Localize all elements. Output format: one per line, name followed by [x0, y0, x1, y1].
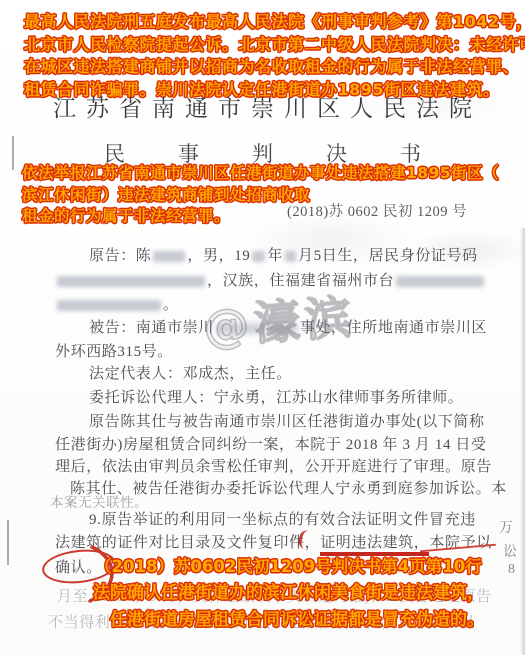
redaction-blur	[252, 251, 265, 262]
annotation-banner-bottom: 任港街道房屋租赁合同诉讼证据都是冒充伪造的。	[110, 605, 484, 630]
case-paragraph-line: 原告陈其仕与被告南通市崇川区任港街道办事处(以下简称	[55, 410, 525, 431]
text-segment: ，男，19	[187, 248, 250, 264]
case-paragraph-line: 任港街办)房屋租赁合同纠纷一案，本院于 2018 年 3 月 14 日受	[55, 433, 505, 454]
redaction-blur	[396, 276, 484, 287]
scan-edge-shadow	[520, 228, 525, 655]
text-segment: 9.原告举证的利用同一坐标点的有效合法证明文件冒充违	[89, 512, 476, 528]
margin-char: 万	[499, 517, 513, 537]
annotation-line: 北京市人民检察院提起公诉。北京市第二中级人民法院判决：未经许可	[24, 34, 525, 57]
annotation-line: 任港街道房屋租赁合同诉讼证据都是冒充伪造的。	[110, 605, 484, 630]
annotation-line: 依法举报江苏省南通市崇川区任港街道办事处违法搭建1895街区（	[22, 163, 499, 185]
annotation-banner-bottom: 法院确认任港街道办的滨江休闲美食街是违法建筑，	[93, 578, 484, 603]
text-segment: 法定代表人：邓成杰，主任。	[89, 366, 292, 382]
text-segment: 任港街办)房屋租赁合同纠纷一案，本院于 2018 年 3 月 14 日受	[55, 437, 487, 453]
forum-watermark: @濠滨	[201, 281, 358, 358]
text-segment: 月5日生，居民身份证号码	[298, 248, 478, 264]
text-segment: 原告陈其仕与被告南通市崇川区任港街道办事处(以下简称	[89, 414, 485, 430]
text-segment: 理后，依法由审判员余雪松任审判，公开开庭进行了审理。原告	[55, 459, 492, 475]
page-number: 8	[508, 562, 515, 578]
scan-artifact-line	[12, 136, 14, 170]
annotation-line: 最高人民法院刑五庭发布最高人民法院《刑事审判参考》第1042号，	[24, 11, 525, 34]
annotation-line: 法院确认任港街道办的滨江休闲美食街是违法建筑，	[93, 578, 484, 603]
annotation-line: （2018）苏0602民初1209号判决书第4页第10行	[95, 553, 482, 577]
court-name: 江苏省南通市崇川区人民法院	[0, 90, 525, 123]
margin-char: 讼	[503, 541, 517, 561]
annotation-banner-top: 最高人民法院刑五庭发布最高人民法院《刑事审判参考》第1042号， 北京市人民检察…	[24, 11, 525, 101]
text-segment: 。	[163, 297, 179, 313]
scan-artifact-line	[7, 520, 9, 565]
plaintiff-line: 原告：陈，男，19年月5日生，居民身份证号码	[55, 244, 525, 265]
legal-representative-line: 法定代表人：邓成杰，主任。	[55, 362, 525, 383]
redaction-blur	[57, 276, 205, 287]
case-number: (2018)苏 0602 民初 1209 号	[287, 200, 467, 221]
text-segment: 年	[267, 248, 283, 264]
redaction-blur	[57, 300, 161, 311]
evidence-line: 9.原告举证的利用同一坐标点的有效合法证明文件冒充违	[55, 508, 525, 529]
text-segment: 外环西路315号。	[55, 344, 173, 360]
agent-line: 委托诉讼代理人：宁永勇，江苏山水律师事务所律师。	[55, 386, 525, 407]
text-segment: 被告：南通市崇川	[89, 320, 214, 336]
case-paragraph-line: 理后，依法由审判员余雪松任审判，公开开庭进行了审理。原告	[55, 455, 505, 476]
annotation-citation: （2018）苏0602民初1209号判决书第4页第10行	[95, 553, 482, 577]
judgment-scan-page: 最高人民法院刑五庭发布最高人民法院《刑事审判参考》第1042号， 北京市人民检察…	[0, 0, 525, 655]
redaction-blur	[285, 251, 296, 262]
redaction-blur	[153, 251, 185, 262]
text-segment: 原告：陈	[89, 248, 151, 264]
text-segment: 委托诉讼代理人：宁永勇，江苏山水律师事务所律师。	[89, 390, 463, 406]
annotation-line: 在城区违法搭建商铺并以招商为名收取租金的行为属于非法经营罪、	[24, 56, 525, 79]
